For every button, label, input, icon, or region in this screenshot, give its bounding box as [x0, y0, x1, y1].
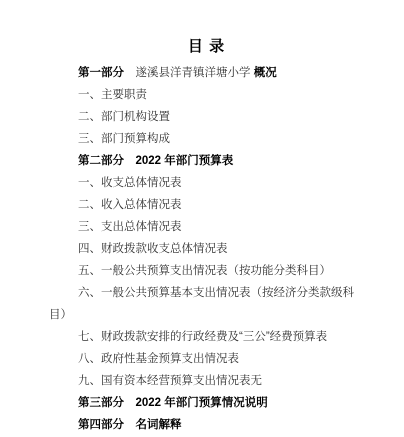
- toc-list: 第一部分 遂溪县洋青镇洋塘小学 概况一、主要职责二、部门机构设置三、部门预算构成…: [49, 62, 364, 436]
- toc-line: 第一部分 遂溪县洋青镇洋塘小学 概况: [49, 62, 364, 84]
- toc-line-segment: 第一部分: [78, 67, 124, 79]
- toc-line-segment: 四、财政拨款收支总体情况表: [78, 243, 228, 255]
- toc-line: 一、收支总体情况表: [49, 172, 364, 194]
- toc-line: 八、政府性基金预算支出情况表: [49, 348, 364, 370]
- toc-line-segment: 七、财政拨款安排的行政经费及“三公”经费预算表: [78, 331, 327, 343]
- toc-line: 二、部门机构设置: [49, 106, 364, 128]
- toc-line-segment: 八、政府性基金预算支出情况表: [78, 353, 239, 365]
- toc-line: 第四部分 名词解释: [49, 414, 364, 436]
- toc-line-segment: 第三部分 2022 年部门预算情况说明: [78, 397, 268, 409]
- toc-line: 四、财政拨款收支总体情况表: [49, 238, 364, 260]
- toc-line: 第二部分 2022 年部门预算表: [49, 150, 364, 172]
- toc-line: 二、收入总体情况表: [49, 194, 364, 216]
- toc-line: 第三部分 2022 年部门预算情况说明: [49, 392, 364, 414]
- toc-line-segment: 三、支出总体情况表: [78, 221, 182, 233]
- toc-line-segment: 六、一般公共预算基本支出情况表（按经济分类款级科: [78, 287, 354, 299]
- toc-line: 三、部门预算构成: [49, 128, 364, 150]
- toc-line: 目）: [49, 304, 364, 326]
- toc-line: 五、一般公共预算支出情况表（按功能分类科目）: [49, 260, 364, 282]
- toc-line-segment: 五、一般公共预算支出情况表（按功能分类科目）: [78, 265, 331, 277]
- toc-line: 三、支出总体情况表: [49, 216, 364, 238]
- document-page: 目 录 第一部分 遂溪县洋青镇洋塘小学 概况一、主要职责二、部门机构设置三、部门…: [0, 0, 404, 437]
- toc-line-segment: 遂溪县洋青镇洋塘小学: [124, 67, 254, 79]
- toc-line: 一、主要职责: [49, 84, 364, 106]
- toc-line-segment: 概况: [254, 67, 277, 79]
- toc-line-segment: 二、收入总体情况表: [78, 199, 182, 211]
- toc-line-segment: 第四部分 名词解释: [78, 419, 182, 431]
- toc-line-segment: 二、部门机构设置: [78, 111, 170, 123]
- toc-line-segment: 三、部门预算构成: [78, 133, 170, 145]
- toc-line: 七、财政拨款安排的行政经费及“三公”经费预算表: [49, 326, 364, 348]
- toc-line-segment: 目）: [49, 309, 72, 321]
- toc-line: 九、国有资本经营预算支出情况表无: [49, 370, 364, 392]
- toc-title: 目 录: [49, 38, 364, 56]
- toc-line-segment: 九、国有资本经营预算支出情况表无: [78, 375, 262, 387]
- toc-line-segment: 一、收支总体情况表: [78, 177, 182, 189]
- toc-line-segment: 一、主要职责: [78, 89, 147, 101]
- toc-line: 六、一般公共预算基本支出情况表（按经济分类款级科: [49, 282, 364, 304]
- toc-line-segment: 第二部分 2022 年部门预算表: [78, 155, 233, 167]
